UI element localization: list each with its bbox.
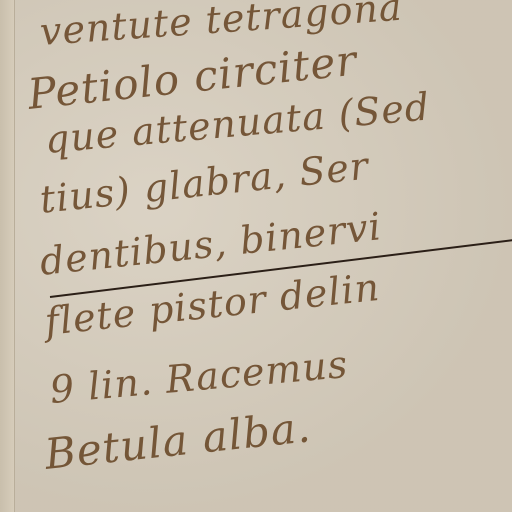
manuscript-page: ventute tetragona Petiolo circiter que a… [0,0,512,512]
page-edge [0,0,15,512]
manuscript-line-8: Betula alba. [42,402,313,479]
manuscript-line-7: 9 lin. Racemus [48,342,350,412]
